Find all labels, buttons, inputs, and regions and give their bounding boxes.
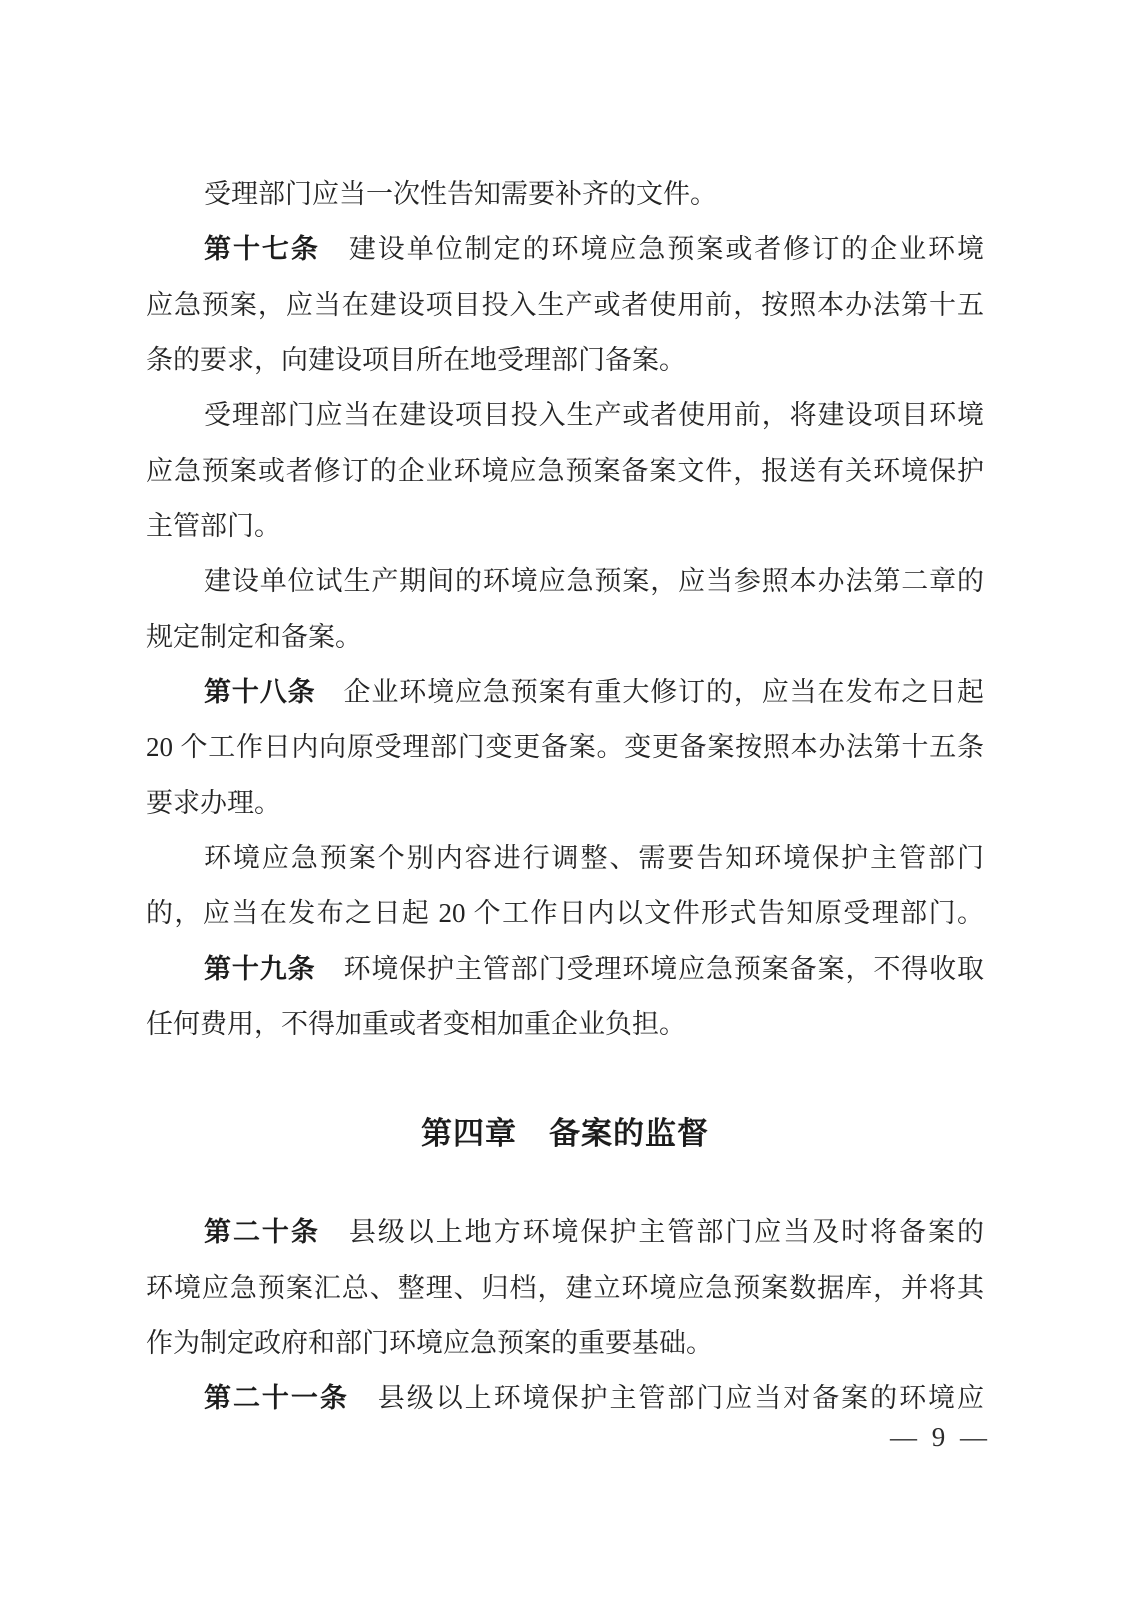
text-line: 要求办理。 bbox=[146, 776, 984, 831]
text-line: 应急预案或者修订的企业环境应急预案备案文件，报送有关环境保护 bbox=[146, 444, 984, 499]
text-line: 第十九条 环境保护主管部门受理环境应急预案备案，不得收取 bbox=[146, 942, 984, 997]
text-run: 主管部门。 bbox=[146, 511, 281, 541]
text-run: 环境保护主管部门受理环境应急预案备案，不得收取 bbox=[316, 954, 984, 984]
text-run: 建设单位试生产期间的环境应急预案，应当参照本办法第二章的 bbox=[204, 566, 984, 596]
text-run: 企业环境应急预案有重大修订的，应当在发布之日起 bbox=[316, 677, 984, 707]
text-line: 应急预案，应当在建设项目投入生产或者使用前，按照本办法第十五 bbox=[146, 278, 984, 333]
text-run: 县级以上地方环境保护主管部门应当及时将备案的 bbox=[320, 1217, 984, 1247]
text-run: 的，应当在发布之日起 20 个工作日内以文件形式告知原受理部门。 bbox=[146, 898, 984, 928]
text-run: 20 个工作日内向原受理部门变更备案。变更备案按照本办法第十五条 bbox=[146, 732, 984, 762]
text-run: 条的要求，向建设项目所在地受理部门备案。 bbox=[146, 345, 686, 375]
paragraph-block-1: 受理部门应当一次性告知需要补齐的文件。第十七条 建设单位制定的环境应急预案或者修… bbox=[146, 167, 984, 1052]
paragraph-block-2: 第二十条 县级以上地方环境保护主管部门应当及时将备案的环境应急预案汇总、整理、归… bbox=[146, 1205, 984, 1426]
text-line: 环境应急预案汇总、整理、归档，建立环境应急预案数据库，并将其 bbox=[146, 1261, 984, 1316]
text-run: 应急预案或者修订的企业环境应急预案备案文件，报送有关环境保护 bbox=[146, 456, 984, 486]
text-line: 20 个工作日内向原受理部门变更备案。变更备案按照本办法第十五条 bbox=[146, 720, 984, 775]
text-run: 县级以上环境保护主管部门应当对备案的环境应 bbox=[349, 1383, 984, 1413]
text-run: 规定制定和备案。 bbox=[146, 622, 362, 652]
article-number: 第十八条 bbox=[204, 677, 316, 707]
text-run: 要求办理。 bbox=[146, 788, 281, 818]
article-number: 第十七条 bbox=[204, 234, 320, 264]
text-line: 第十七条 建设单位制定的环境应急预案或者修订的企业环境 bbox=[146, 222, 984, 277]
text-line: 受理部门应当一次性告知需要补齐的文件。 bbox=[146, 167, 984, 222]
text-run: 环境应急预案汇总、整理、归档，建立环境应急预案数据库，并将其 bbox=[146, 1273, 984, 1303]
text-line: 作为制定政府和部门环境应急预案的重要基础。 bbox=[146, 1316, 984, 1371]
body-text: 受理部门应当一次性告知需要补齐的文件。第十七条 建设单位制定的环境应急预案或者修… bbox=[146, 167, 984, 1427]
text-run: 受理部门应当在建设项目投入生产或者使用前，将建设项目环境 bbox=[204, 400, 984, 430]
text-line: 条的要求，向建设项目所在地受理部门备案。 bbox=[146, 333, 984, 388]
text-line: 的，应当在发布之日起 20 个工作日内以文件形式告知原受理部门。 bbox=[146, 886, 984, 941]
text-run: 环境应急预案个别内容进行调整、需要告知环境保护主管部门 bbox=[204, 843, 984, 873]
text-line: 第二十条 县级以上地方环境保护主管部门应当及时将备案的 bbox=[146, 1205, 984, 1260]
text-line: 环境应急预案个别内容进行调整、需要告知环境保护主管部门 bbox=[146, 831, 984, 886]
document-page: 受理部门应当一次性告知需要补齐的文件。第十七条 建设单位制定的环境应急预案或者修… bbox=[0, 0, 1131, 1600]
text-run: 建设单位制定的环境应急预案或者修订的企业环境 bbox=[320, 234, 984, 264]
text-line: 建设单位试生产期间的环境应急预案，应当参照本办法第二章的 bbox=[146, 554, 984, 609]
text-run: 应急预案，应当在建设项目投入生产或者使用前，按照本办法第十五 bbox=[146, 290, 984, 320]
text-run: 任何费用，不得加重或者变相加重企业负担。 bbox=[146, 1009, 686, 1039]
text-line: 第十八条 企业环境应急预案有重大修订的，应当在发布之日起 bbox=[146, 665, 984, 720]
page-number: — 9 — bbox=[890, 1422, 987, 1452]
chapter-heading: 第四章 备案的监督 bbox=[146, 1106, 984, 1162]
text-line: 受理部门应当在建设项目投入生产或者使用前，将建设项目环境 bbox=[146, 388, 984, 443]
text-line: 规定制定和备案。 bbox=[146, 610, 984, 665]
text-line: 任何费用，不得加重或者变相加重企业负担。 bbox=[146, 997, 984, 1052]
text-line: 主管部门。 bbox=[146, 499, 984, 554]
article-number: 第十九条 bbox=[204, 954, 316, 984]
text-line: 第二十一条 县级以上环境保护主管部门应当对备案的环境应 bbox=[146, 1371, 984, 1426]
text-run: 作为制定政府和部门环境应急预案的重要基础。 bbox=[146, 1328, 713, 1358]
article-number: 第二十条 bbox=[204, 1217, 320, 1247]
article-number: 第二十一条 bbox=[204, 1383, 349, 1413]
text-run: 受理部门应当一次性告知需要补齐的文件。 bbox=[204, 179, 717, 209]
